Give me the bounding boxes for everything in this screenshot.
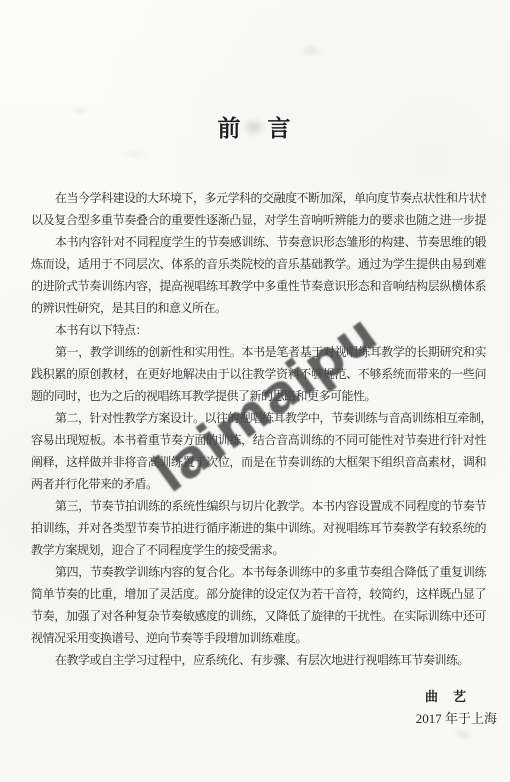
text-line: 阐释，这样做并非将音高训练置于次位，而是在节奏训练的大框架下组织音高素材，调和 [31, 451, 486, 473]
text-line: 以及复合型多重节奏叠合的重要性逐渐凸显，对学生音响听辨能力的要求也随之进一步提高… [31, 209, 486, 231]
scan-smudge [454, 730, 472, 739]
text-line: 的辨识性研究，是其目的和意义所在。 [31, 297, 486, 319]
text-line: 第二，针对性教学方案设计。以往的视唱练耳教学中，节奏训练与音高训练相互牵制， [31, 407, 486, 429]
scanned-preface-page: 前 言 在当今学科建设的大环境下，多元学科的交融度不断加深，单向度节奏点状性和片… [0, 0, 510, 782]
text-line: 在当今学科建设的大环境下，多元学科的交融度不断加深，单向度节奏点状性和片状性， [31, 187, 486, 209]
text-line: 第四，节奏教学训练内容的复合化。本书每条训练中的多重节奏组合降低了重复训练 [31, 561, 486, 583]
text-line: 两者并行化带来的矛盾。 [31, 473, 486, 495]
text-line: 炼而设，适用于不同层次、体系的音乐类院校的音乐基础教学。通过为学生提供由易到难 [31, 253, 486, 275]
text-line: 节奏，加强了对各种复杂节奏敏感度的训练，又降低了旋律的干扰性。在实际训练中还可 [31, 605, 486, 627]
text-line: 第三，节奏节拍训练的系统性编织与切片化教学。本书内容设置成不同程度的节奏节 [31, 495, 486, 517]
scan-smudge [120, 150, 150, 158]
text-line: 本书内容针对不同程度学生的节奏感训练、节奏意识形态雏形的构建、节奏思维的锻 [31, 231, 486, 253]
text-line: 的进阶式节奏训练内容，提高视唱练耳教学中多重性节奏意识形态和音响结构层纵横体系 [31, 275, 486, 297]
text-line: 践积累的原创教材，在更好地解决由于以往教学资料不够规范、不够系统而带来的一些问 [31, 363, 486, 385]
page-title: 前 言 [0, 0, 510, 141]
text-line: 容易出现短板。本书着重节奏方面的训练，结合音高训练的不同可能性对节奏进行针对性 [31, 429, 486, 451]
text-line: 本书有以下特点： [31, 319, 486, 341]
text-line: 拍训练，并对各类型节奏节拍进行循序渐进的集中训练。对视唱练耳节奏教学有较系统的 [31, 517, 486, 539]
signature-block: 曲 艺 2017 年于上海 [0, 686, 510, 730]
text-line: 题的同时，也为之后的视唱练耳教学提供了新的思路和更多可能性。 [31, 385, 486, 407]
signature-dateline: 2017 年于上海 [0, 708, 510, 730]
preface-body: 在当今学科建设的大环境下，多元学科的交融度不断加深，单向度节奏点状性和片状性，以… [31, 187, 486, 671]
text-line: 教学方案规划，迎合了不同程度学生的接受需求。 [31, 539, 486, 561]
text-line: 在教学或自主学习过程中，应系统化、有步骤、有层次地进行视唱练耳节奏训练。 [31, 649, 486, 671]
text-line: 第一，教学训练的创新性和实用性。本书是笔者基于对视唱练耳教学的长期研究和实 [31, 341, 486, 363]
author-name: 曲 艺 [0, 686, 510, 708]
text-line: 视情况采用变换谱号、逆向节奏等手段增加训练难度。 [31, 627, 486, 649]
text-line: 简单节奏的比重，增加了灵活度。部分旋律的设定仅为若干音符，较简约，这样既凸显了 [31, 583, 486, 605]
